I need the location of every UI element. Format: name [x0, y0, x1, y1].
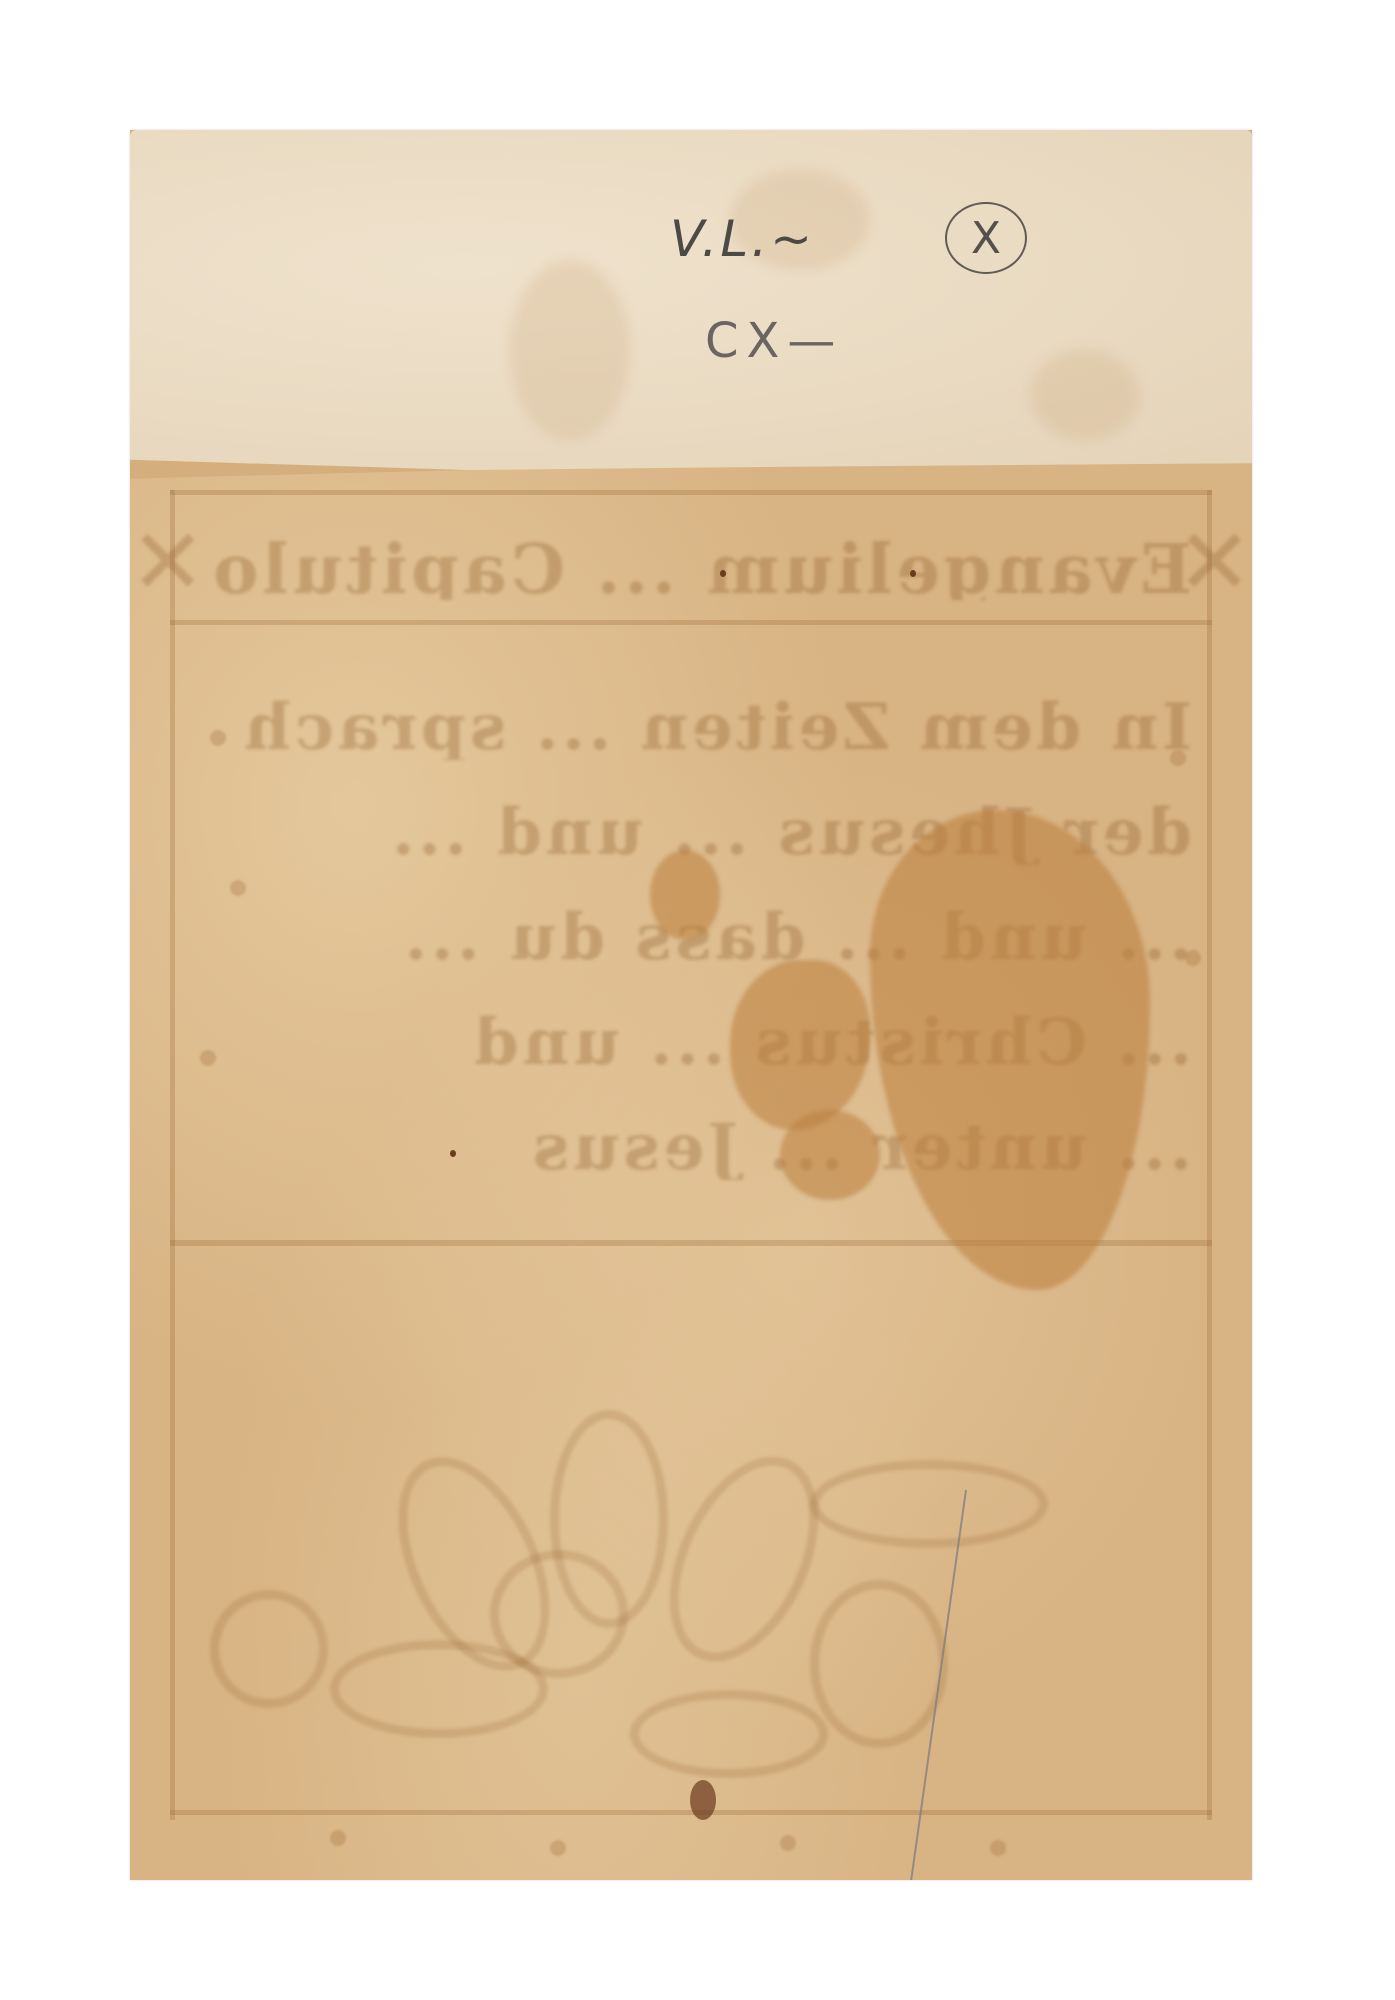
pencil-annotation-line-1: V.L.~	[670, 210, 815, 268]
water-stain	[870, 810, 1150, 1290]
show-through-heading: Evangelium ... Capitulo	[190, 530, 1192, 600]
circled-x-mark: X	[945, 202, 1027, 274]
paper-strip: V.L.~ X CX—	[130, 130, 1252, 470]
show-through-line-1: In dem Zeiten ... sprach	[190, 690, 1192, 760]
pencil-annotation-line-2: CX—	[705, 313, 843, 369]
manuscript-leaf: V.L.~ X CX— ✕ ✕ Evangelium ... Capitulo …	[130, 130, 1252, 1880]
printed-area: ✕ ✕ Evangelium ... Capitulo In dem Zeite…	[130, 450, 1252, 1880]
